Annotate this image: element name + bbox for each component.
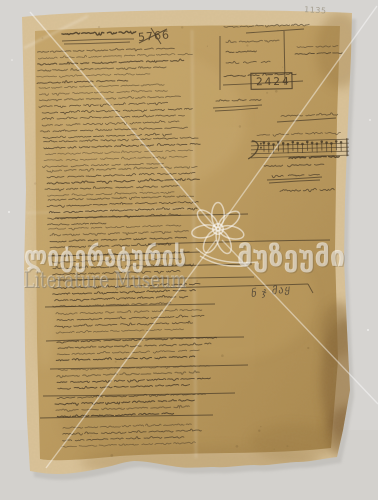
paper-speckle (273, 177, 274, 178)
paper-speckle (275, 90, 278, 93)
paper-speckle (266, 92, 268, 94)
paper-speckle (258, 430, 260, 432)
paper-speckle (286, 445, 288, 447)
paper-speckle (295, 175, 297, 177)
paper-speckle (141, 189, 143, 191)
paper-speckle (121, 57, 122, 58)
paper-speckle (260, 426, 261, 427)
paper-speckle (277, 30, 278, 31)
paper-speckle (115, 361, 117, 363)
paper-speckle (239, 125, 241, 127)
paper-speckle (105, 194, 106, 195)
document-scan: 5766 2424 1135 ნ ჯ მაყ (0, 0, 378, 500)
paper-speckle (40, 130, 42, 132)
paper-speckle (90, 435, 92, 437)
paper-speckle (279, 145, 280, 146)
paper-speckle (51, 369, 52, 370)
paper-speckle (307, 347, 309, 349)
paper-speckle (236, 445, 239, 448)
paper-speckle (207, 46, 208, 47)
paper-speckle (196, 280, 198, 282)
paper-speckle (221, 354, 224, 357)
paper-speckle (79, 360, 80, 361)
watermark-georgian-right: მუზეუმი (237, 239, 345, 273)
paper-speckle (120, 196, 122, 198)
paper-speckle (110, 454, 113, 457)
paper-speckle (34, 182, 36, 184)
corner-number: 1135 (304, 5, 327, 16)
paper-speckle (246, 45, 248, 47)
paper-speckle (42, 37, 44, 39)
paper-speckle (98, 26, 100, 28)
paper-speckle (282, 67, 283, 68)
paper-speckle (134, 416, 135, 417)
inventory-number: 2424 (256, 76, 291, 89)
paper-speckle (181, 26, 183, 28)
paper-speckle (177, 200, 179, 202)
paper-speckle (92, 169, 94, 171)
paper-speckle (100, 104, 103, 107)
watermark-latin: Literature Museum (24, 268, 187, 294)
paper-speckle (185, 180, 187, 182)
paper-speckle (273, 448, 275, 450)
paper-speckle (121, 407, 123, 409)
paper-speckle (64, 81, 67, 84)
scanned-manuscript-viewer: 5766 2424 1135 ნ ჯ მაყ (0, 0, 378, 500)
